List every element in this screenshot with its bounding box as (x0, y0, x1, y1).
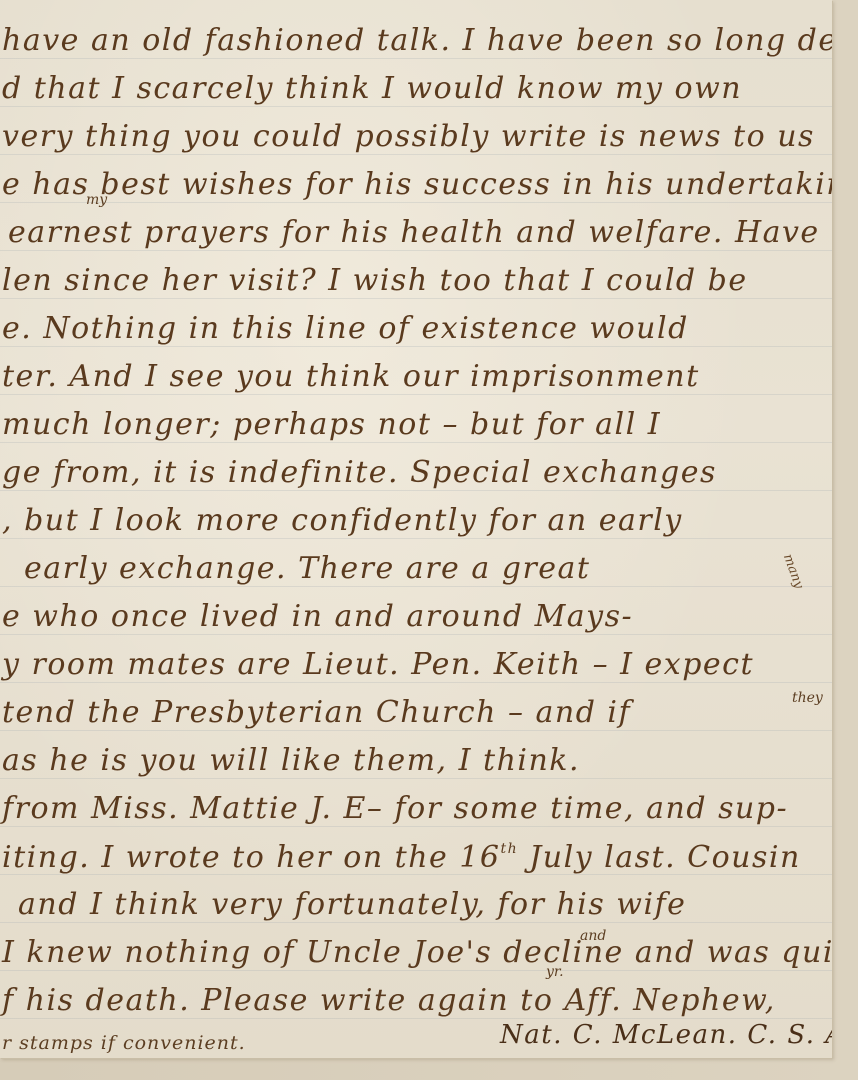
ruled-line (0, 202, 832, 203)
letter-line-20: I knew nothing of Uncle Joe's decline an… (2, 938, 832, 968)
letter-line-5: earnest prayers for his health and welfa… (8, 218, 820, 248)
ruled-line (0, 346, 832, 347)
letter-line-18-text: iting. I wrote to her on the 16 (2, 840, 501, 875)
letter-line-9: much longer; perhaps not – but for all I (2, 410, 661, 440)
ruled-line (0, 442, 832, 443)
interlinear-caret-note: my (86, 192, 107, 208)
letter-line-15: tend the Presbyterian Church – and if (2, 698, 631, 728)
ruled-line (0, 394, 832, 395)
ruled-line (0, 538, 832, 539)
letter-line-1: have an old fashioned talk. I have been … (2, 26, 832, 56)
ruled-line (0, 250, 832, 251)
ruled-line (0, 586, 832, 587)
ruled-line (0, 490, 832, 491)
letter-line-11: , but I look more confidently for an ear… (2, 506, 683, 536)
letter-line-4: e has best wishes for his success in his… (2, 170, 832, 200)
letter-line-17: from Miss. Mattie J. E– for some time, a… (2, 794, 788, 824)
interlinear-they: they (792, 690, 823, 706)
ruled-line (0, 778, 832, 779)
marginal-insertion: many (780, 552, 806, 591)
letter-line-14: y room mates are Lieut. Pen. Keith – I e… (2, 650, 754, 680)
signature: Nat. C. McLean. C. S. A. (500, 1020, 832, 1050)
ruled-line (0, 106, 832, 107)
letter-line-12: early exchange. There are a great (24, 554, 591, 584)
superscript-th: th (501, 841, 519, 857)
letter-line-21-text: f his death. Please write again to (2, 983, 553, 1018)
letter-line-6: len since her visit? I wish too that I c… (2, 266, 748, 296)
letter-line-21: f his death. Please write again to Aff. … (2, 986, 776, 1016)
ruled-line (0, 826, 832, 827)
ruled-line (0, 58, 832, 59)
ruled-line (0, 682, 832, 683)
ruled-line (0, 298, 832, 299)
letter-line-10: ge from, it is indefinite. Special excha… (2, 458, 717, 488)
postscript-line: r stamps if convenient. (2, 1034, 246, 1053)
interlinear-yr: yr. (546, 964, 564, 980)
ruled-line (0, 970, 832, 971)
letter-page: have an old fashioned talk. I have been … (0, 0, 832, 1058)
closing-affectionate-nephew: Aff. Nephew, (564, 983, 775, 1018)
letter-line-19: and I think very fortunately, for his wi… (18, 890, 686, 920)
letter-line-7: e. Nothing in this line of existence wou… (2, 314, 689, 344)
letter-line-18: iting. I wrote to her on the 16th July l… (2, 842, 801, 873)
ruled-line (0, 634, 832, 635)
letter-line-18-tail: July last. Cousin (518, 840, 801, 875)
ruled-line (0, 1018, 832, 1019)
letter-line-16: as he is you will like them, I think. (2, 746, 580, 776)
letter-line-2: d that I scarcely think I would know my … (2, 74, 742, 104)
ruled-line (0, 154, 832, 155)
ruled-line (0, 730, 832, 731)
letter-line-8: ter. And I see you think our imprisonmen… (2, 362, 700, 392)
ruled-line (0, 922, 832, 923)
letter-line-3: very thing you could possibly write is n… (2, 122, 815, 152)
interlinear-and: and (580, 928, 606, 944)
letter-line-13: e who once lived in and around Mays- (2, 602, 633, 632)
